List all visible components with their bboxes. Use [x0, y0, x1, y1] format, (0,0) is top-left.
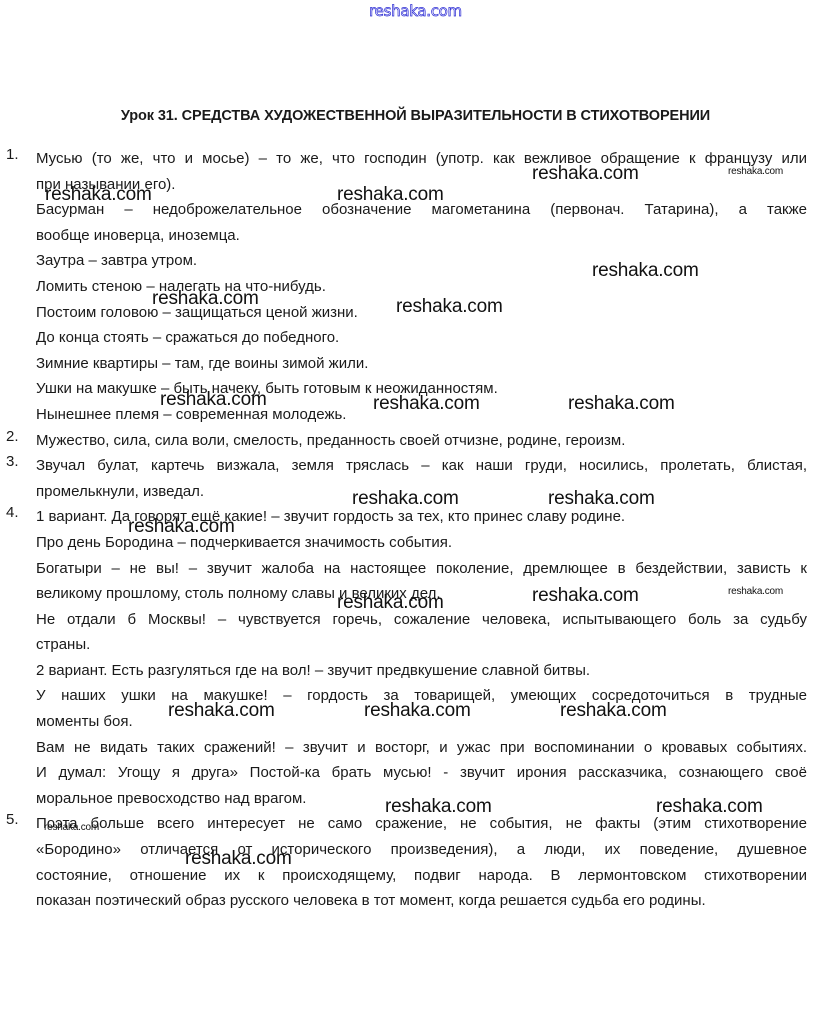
watermark: reshaka.com [548, 488, 655, 510]
watermark: reshaka.com [656, 796, 763, 818]
watermark: reshaka.com [373, 393, 480, 415]
text-line: Мусью (то же, что и мосье) – то же, что … [36, 146, 807, 172]
watermark-top: reshaka.com [0, 2, 831, 20]
watermark: reshaka.com [168, 700, 275, 722]
item-number: 5. [6, 811, 19, 828]
text-line: Богатыри – не вы! – звучит жалоба на нас… [36, 556, 807, 582]
text-line: «Бородино» отличается от исторического п… [36, 837, 807, 863]
watermark: reshaka.com [160, 389, 267, 411]
watermark: reshaka.com [44, 822, 99, 833]
watermark: reshaka.com [568, 393, 675, 415]
text-line: вообще иноверца, иноземца. [36, 223, 807, 249]
watermark: reshaka.com [128, 516, 235, 538]
item-number: 1. [6, 146, 19, 163]
watermark: reshaka.com [532, 163, 639, 185]
list-item-4: 4. 1 вариант. Да говорят ещё какие! – зв… [0, 504, 807, 811]
item-number: 2. [6, 428, 19, 445]
watermark: reshaka.com [728, 586, 783, 597]
watermark: reshaka.com [45, 184, 152, 206]
watermark: reshaka.com [185, 848, 292, 870]
watermark: reshaka.com [152, 288, 259, 310]
watermark: reshaka.com [560, 700, 667, 722]
watermark: reshaka.com [337, 184, 444, 206]
text-line: Зимние квартиры – там, где воины зимой ж… [36, 351, 807, 377]
text-line: страны. [36, 632, 807, 658]
watermark: reshaka.com [396, 296, 503, 318]
watermark: reshaka.com [592, 260, 699, 282]
watermark: reshaka.com [728, 166, 783, 177]
item-number: 3. [6, 453, 19, 470]
list-item-2: 2. Мужество, сила, сила воли, смелость, … [0, 428, 807, 454]
item-number: 4. [6, 504, 19, 521]
watermark: reshaka.com [352, 488, 459, 510]
watermark: reshaka.com [337, 592, 444, 614]
text-line: Вам не видать таких сражений! – звучит и… [36, 735, 807, 761]
text-line: состояние, отношение их к происходящему,… [36, 863, 807, 889]
list-item-5: 5. Поэта больше всего интересует не само… [0, 811, 807, 913]
text-line: показан поэтический образ русского челов… [36, 888, 807, 914]
watermark: reshaka.com [385, 796, 492, 818]
text-line: Мужество, сила, сила воли, смелость, пре… [36, 428, 807, 454]
text-line: И думал: Угощу я друга» Постой-ка брать … [36, 760, 807, 786]
text-line: До конца стоять – сражаться до победного… [36, 325, 807, 351]
page-title: Урок 31. СРЕДСТВА ХУДОЖЕСТВЕННОЙ ВЫРАЗИТ… [0, 108, 831, 124]
watermark: reshaka.com [364, 700, 471, 722]
watermark: reshaka.com [532, 585, 639, 607]
text-line: 2 вариант. Есть разгуляться где на вол! … [36, 658, 807, 684]
text-line: Звучал булат, картечь визжала, земля тря… [36, 453, 807, 479]
